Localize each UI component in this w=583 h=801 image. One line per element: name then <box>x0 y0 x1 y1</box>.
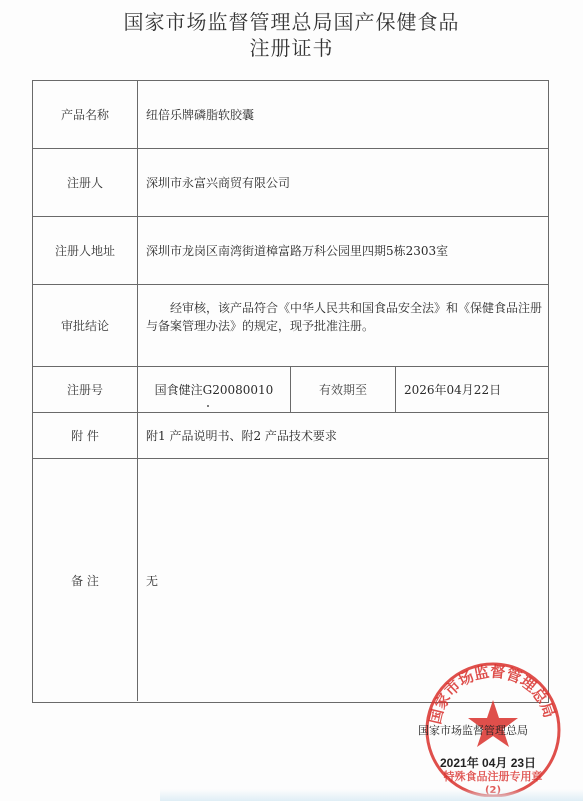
row-registrant: 注册人 深圳市永富兴商贸有限公司 <box>33 149 548 217</box>
attachments-label: 附 件 <box>33 413 138 458</box>
row-registrant-address: 注册人地址 深圳市龙岗区南湾街道樟富路万科公园里四期5栋2303室 <box>33 217 548 285</box>
registrant-address-label: 注册人地址 <box>33 217 138 284</box>
row-attachments: 附 件 附1 产品说明书、附2 产品技术要求 <box>33 413 548 459</box>
row-registration-number: 注册号 国食健注G20080010 有效期至 2026年04月22日 <box>33 367 548 413</box>
valid-until-value: 2026年04月22日 <box>396 367 548 412</box>
issuing-authority: 国家市场监督管理总局 <box>418 722 528 738</box>
bottom-edge-shadow <box>160 789 583 801</box>
valid-until-label: 有效期至 <box>291 367 396 412</box>
product-name-value: 纽倍乐牌磷脂软胶囊 <box>138 81 548 148</box>
approval-conclusion-label: 审批结论 <box>33 285 138 366</box>
registration-number-value: 国食健注G20080010 <box>138 367 291 412</box>
remarks-label: 备 注 <box>33 459 138 701</box>
registrant-address-value: 深圳市龙岗区南湾街道樟富路万科公园里四期5栋2303室 <box>138 217 548 284</box>
certificate-table: 产品名称 纽倍乐牌磷脂软胶囊 注册人 深圳市永富兴商贸有限公司 注册人地址 深圳… <box>32 80 549 703</box>
row-product-name: 产品名称 纽倍乐牌磷脂软胶囊 <box>33 81 548 149</box>
issue-date: 2021年 04月 23日 <box>440 754 536 771</box>
seal-bottom-text: 特殊食品注册专用章 <box>444 769 543 783</box>
document-title-line2: 注册证书 <box>0 32 583 61</box>
product-name-label: 产品名称 <box>33 81 138 148</box>
document-title-line1: 国家市场监督管理总局国产保健食品 <box>0 6 583 35</box>
approval-conclusion-value: 经审核，该产品符合《中华人民共和国食品安全法》和《保健食品注册与备案管理办法》的… <box>146 299 542 335</box>
attachments-value: 附1 产品说明书、附2 产品技术要求 <box>138 413 548 458</box>
certificate-page: 国家市场监督管理总局国产保健食品 注册证书 产品名称 纽倍乐牌磷脂软胶囊 注册人… <box>0 0 583 801</box>
registrant-label: 注册人 <box>33 149 138 216</box>
row-approval-conclusion: 审批结论 经审核，该产品符合《中华人民共和国食品安全法》和《保健食品注册与备案管… <box>33 285 548 367</box>
stray-mark <box>207 405 209 407</box>
registration-number-label: 注册号 <box>33 367 138 412</box>
registrant-value: 深圳市永富兴商贸有限公司 <box>138 149 548 216</box>
approval-conclusion-cell: 经审核，该产品符合《中华人民共和国食品安全法》和《保健食品注册与备案管理办法》的… <box>138 285 548 366</box>
